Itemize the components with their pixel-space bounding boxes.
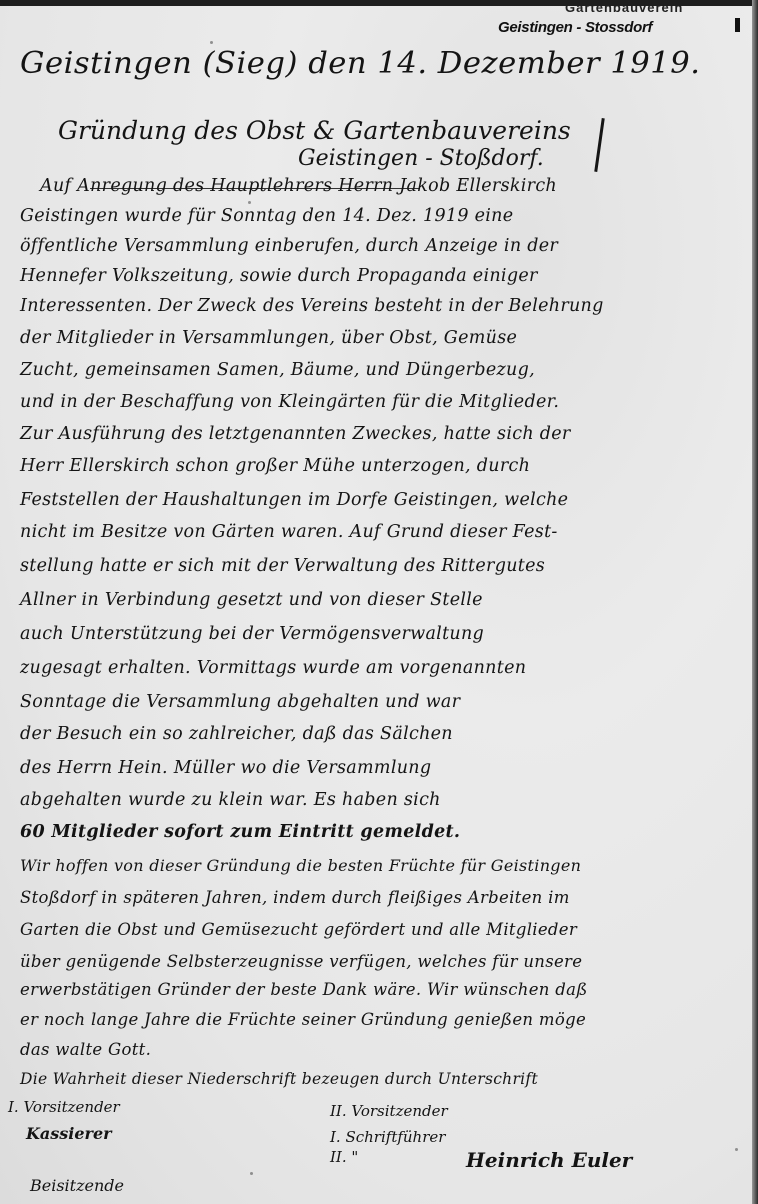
scan-right-border <box>752 0 758 1204</box>
body-line: Garten die Obst und Gemüsezucht geförder… <box>20 920 577 939</box>
body-line: abgehalten wurde zu klein war. Es haben … <box>20 790 441 810</box>
treasurer-label: Kassierer <box>26 1124 112 1143</box>
body-line: Stoßdorf in späteren Jahren, indem durch… <box>20 888 570 907</box>
document-title: Gründung des Obst & Gartenbauvereins <box>58 116 571 145</box>
body-line: Interessenten. Der Zweck des Vereins bes… <box>20 296 604 316</box>
first-secretary-label: I. Schriftführer <box>330 1128 445 1146</box>
body-line: öffentliche Versammlung einberufen, durc… <box>20 236 558 256</box>
paper-speck <box>250 1172 253 1175</box>
second-secretary-label: II. " <box>330 1148 358 1166</box>
body-line: Feststellen der Haushaltungen im Dorfe G… <box>20 490 568 510</box>
body-line: der Mitglieder in Versammlungen, über Ob… <box>20 328 517 348</box>
body-line: er noch lange Jahre die Früchte seiner G… <box>20 1010 586 1029</box>
second-chair-label: II. Vorsitzender <box>330 1102 448 1120</box>
body-line: stellung hatte er sich mit der Verwaltun… <box>20 556 545 576</box>
body-line: Zur Ausführung des letztgenannten Zwecke… <box>20 424 571 444</box>
body-line: zugesagt erhalten. Vormittags wurde am v… <box>20 658 526 678</box>
paper-speck <box>248 201 251 204</box>
body-line: Hennefer Volkszeitung, sowie durch Propa… <box>20 266 538 286</box>
document-subtitle: Geistingen - Stoßdorf. <box>298 146 544 171</box>
first-chair-label: I. Vorsitzender <box>8 1098 120 1116</box>
body-line: Geistingen wurde für Sonntag den 14. Dez… <box>20 206 513 226</box>
body-line: über genügende Selbsterzeugnisse verfüge… <box>20 952 582 971</box>
body-line: der Besuch ein so zahlreicher, daß das S… <box>20 724 453 744</box>
body-line: erwerbstätigen Gründer der beste Dank wä… <box>20 980 588 999</box>
body-line: Wir hoffen von dieser Gründung die beste… <box>20 856 581 875</box>
document-page: Gartenbauverein Geistingen - Stossdorf G… <box>0 6 752 1204</box>
club-stamp: Geistingen - Stossdorf <box>498 19 652 36</box>
corner-mark <box>735 18 740 32</box>
signer-signature: Heinrich Euler <box>466 1148 632 1172</box>
body-line: Zucht, gemeinsamen Samen, Bäume, und Dün… <box>20 360 535 380</box>
body-line: Sonntage die Versammlung abgehalten und … <box>20 692 460 712</box>
body-line: Auf Anregung des Hauptlehrers Herrn Jako… <box>40 176 557 196</box>
assessors-label: Beisitzende <box>30 1176 124 1195</box>
body-line: das walte Gott. <box>20 1040 151 1059</box>
stamp-cut-off-text: Gartenbauverein <box>565 6 683 13</box>
body-line: Allner in Verbindung gesetzt und von die… <box>20 590 483 610</box>
paper-speck <box>735 1148 738 1151</box>
body-line: des Herrn Hein. Müller wo die Versammlun… <box>20 758 431 778</box>
body-line: auch Unterstützung bei der Vermögensverw… <box>20 624 484 644</box>
attestation-line: Die Wahrheit dieser Niederschrift bezeug… <box>20 1070 538 1088</box>
place-date-line: Geistingen (Sieg) den 14. Dezember 1919. <box>20 46 700 81</box>
body-line: Herr Ellerskirch schon großer Mühe unter… <box>20 456 530 476</box>
title-slash-mark <box>594 118 604 172</box>
body-line: und in der Beschaffung von Kleingärten f… <box>20 392 559 412</box>
body-line: 60 Mitglieder sofort zum Eintritt gemeld… <box>20 822 460 842</box>
paper-speck <box>210 41 213 44</box>
body-line: nicht im Besitze von Gärten waren. Auf G… <box>20 522 558 542</box>
